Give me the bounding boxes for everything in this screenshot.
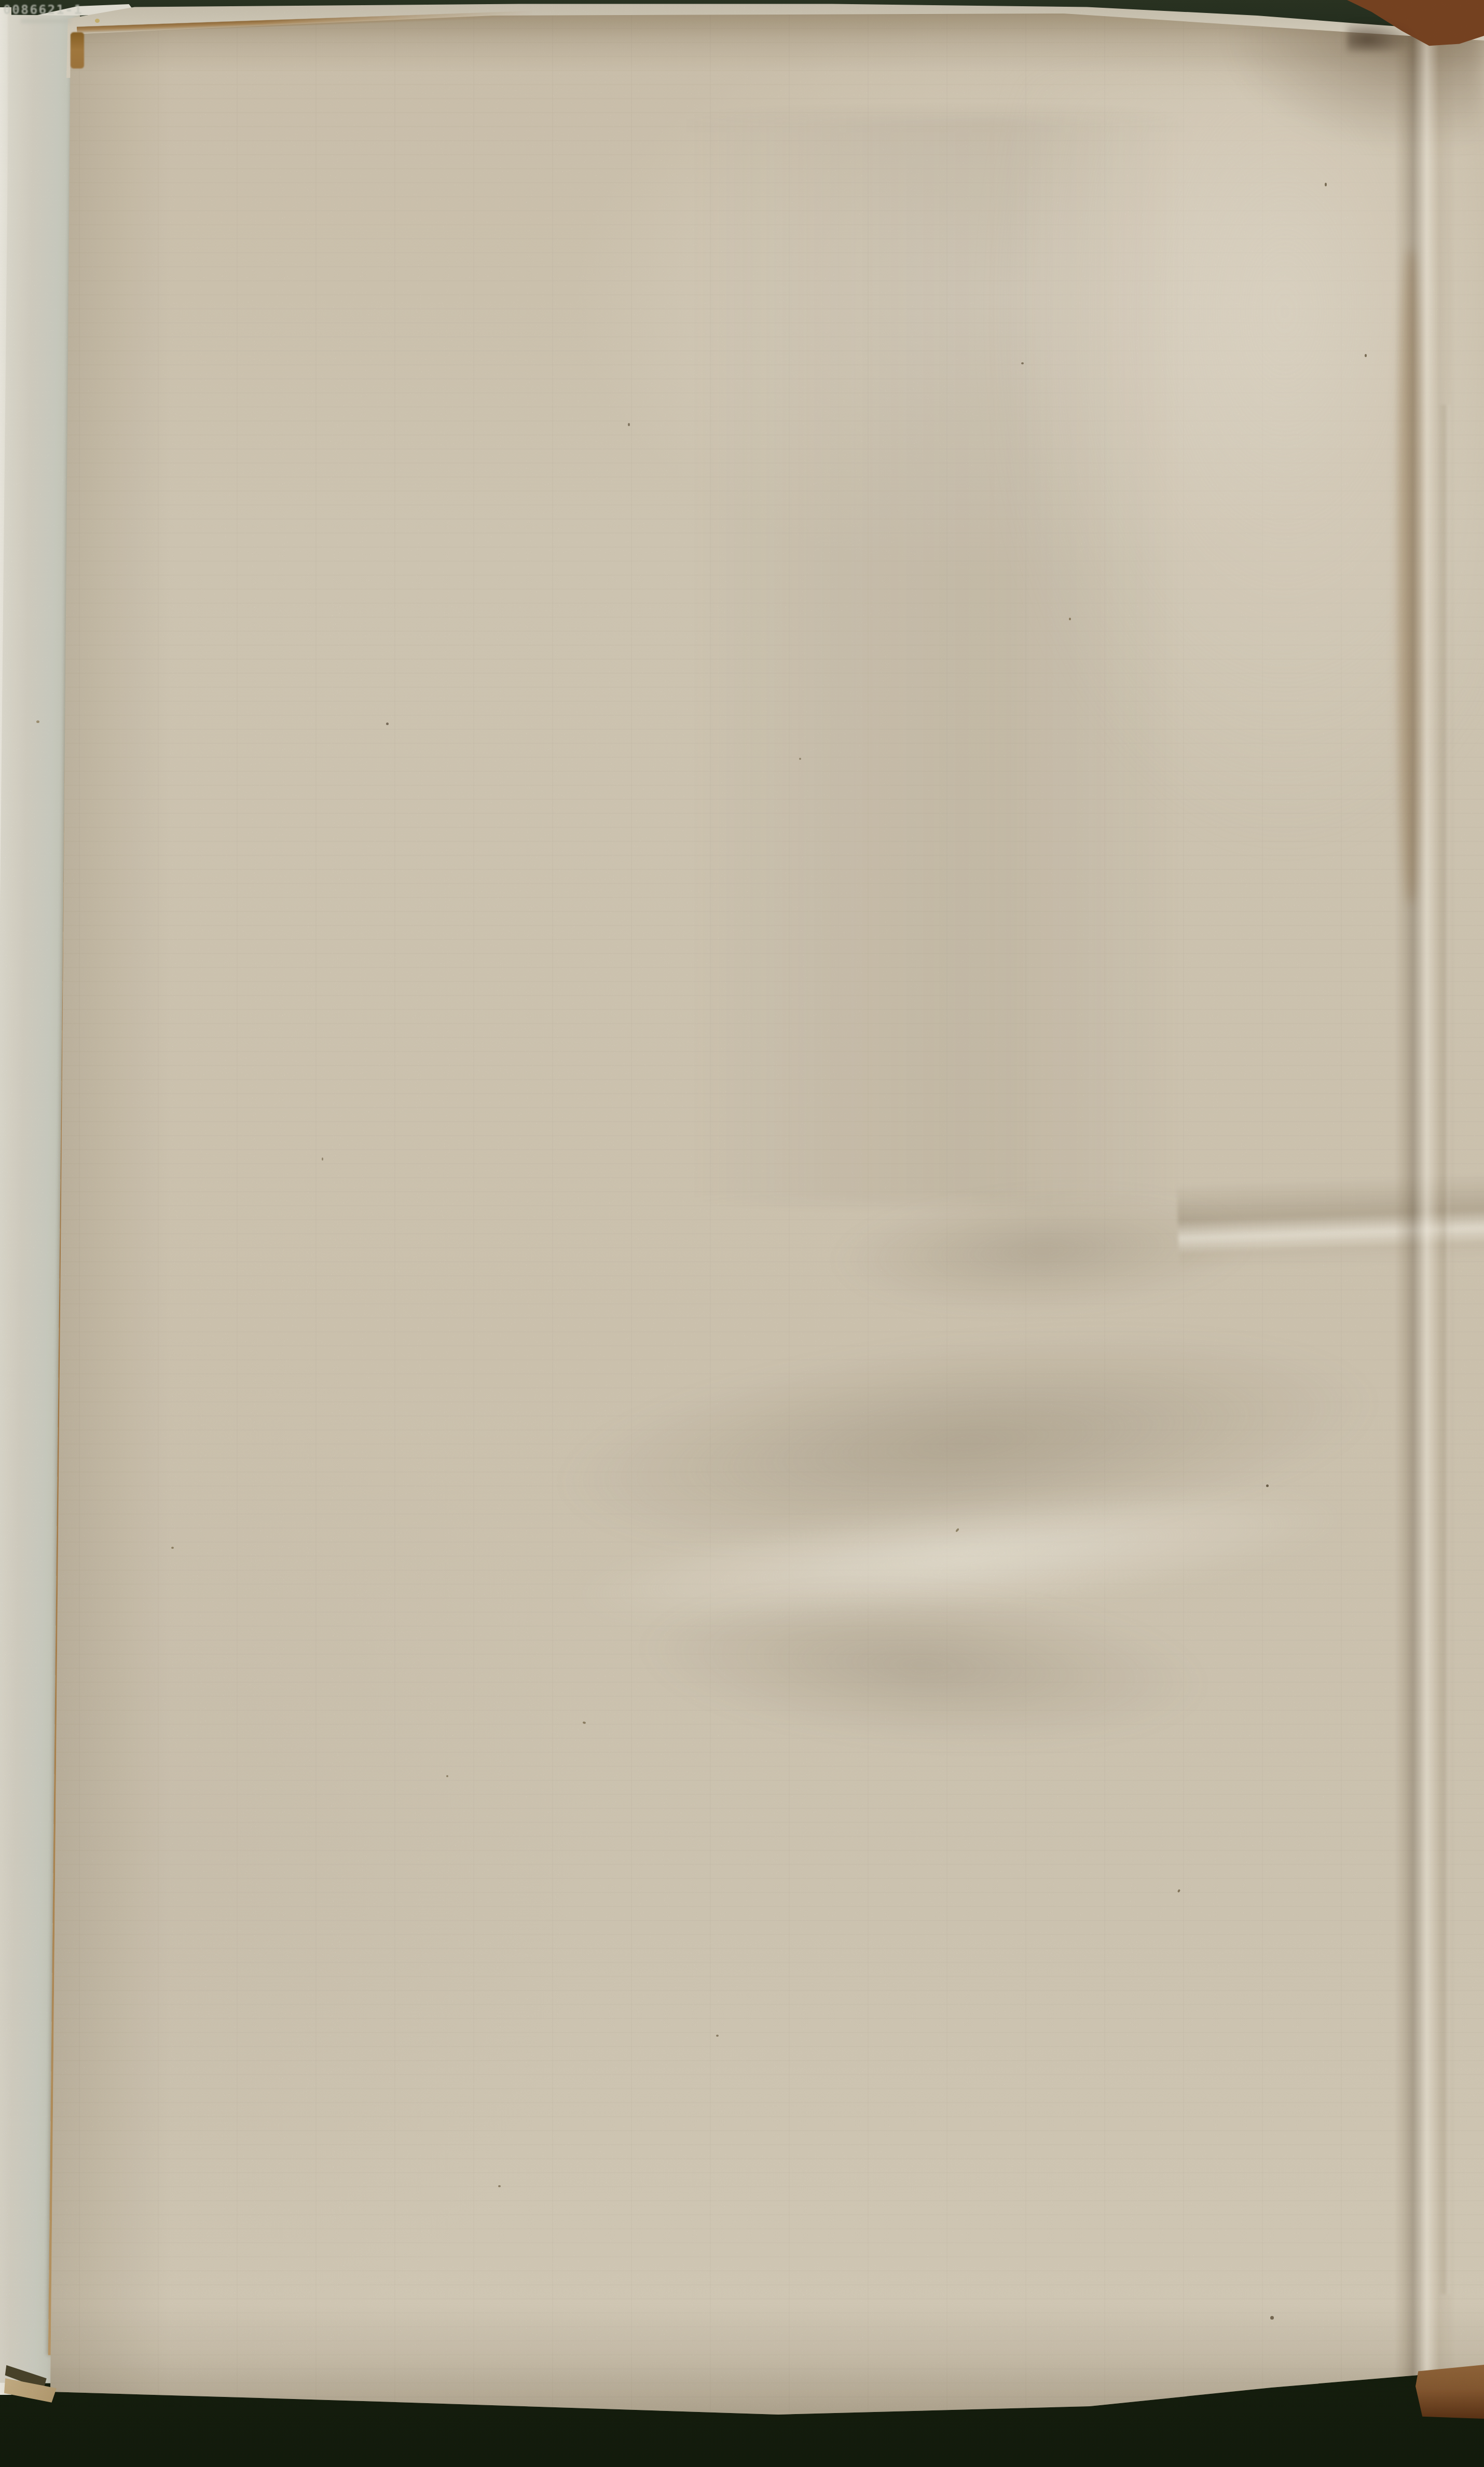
stamp-number: 0086621-1 (3, 2, 83, 17)
paper-speck (628, 423, 630, 426)
paper-speck (386, 723, 389, 725)
paper-speck (1270, 2316, 1274, 2320)
paper-speck (1325, 183, 1327, 186)
paper-speck (322, 1157, 323, 1161)
paper-speck (1069, 618, 1071, 620)
leather-headcap-shadow (1347, 21, 1414, 52)
paper-speck (716, 2035, 719, 2037)
paper-speck (1266, 1484, 1269, 1487)
bottom-edge-shadow (42, 2305, 1484, 2419)
soft-vertical-shading (675, 114, 1193, 1204)
tanned-edge-corner (71, 32, 84, 69)
digitization-stamp: 0086621-1 (3, 2, 83, 23)
vertical-fold-right-secondary (1438, 405, 1452, 2294)
stamp-small-line (21, 19, 71, 23)
paper-speck (498, 2185, 501, 2187)
blank-page (0, 0, 1484, 2467)
paper-speck (799, 758, 801, 760)
paper-speck (171, 1547, 174, 1549)
leather-tail-edge (1416, 2365, 1484, 2419)
paper-speck (36, 720, 39, 723)
paper-speck (1365, 354, 1367, 357)
paper-speck (1021, 362, 1024, 364)
scan-surface: 0086621-1 (0, 0, 1484, 2467)
paper-speck (95, 19, 100, 23)
paper-speck (446, 1775, 448, 1777)
